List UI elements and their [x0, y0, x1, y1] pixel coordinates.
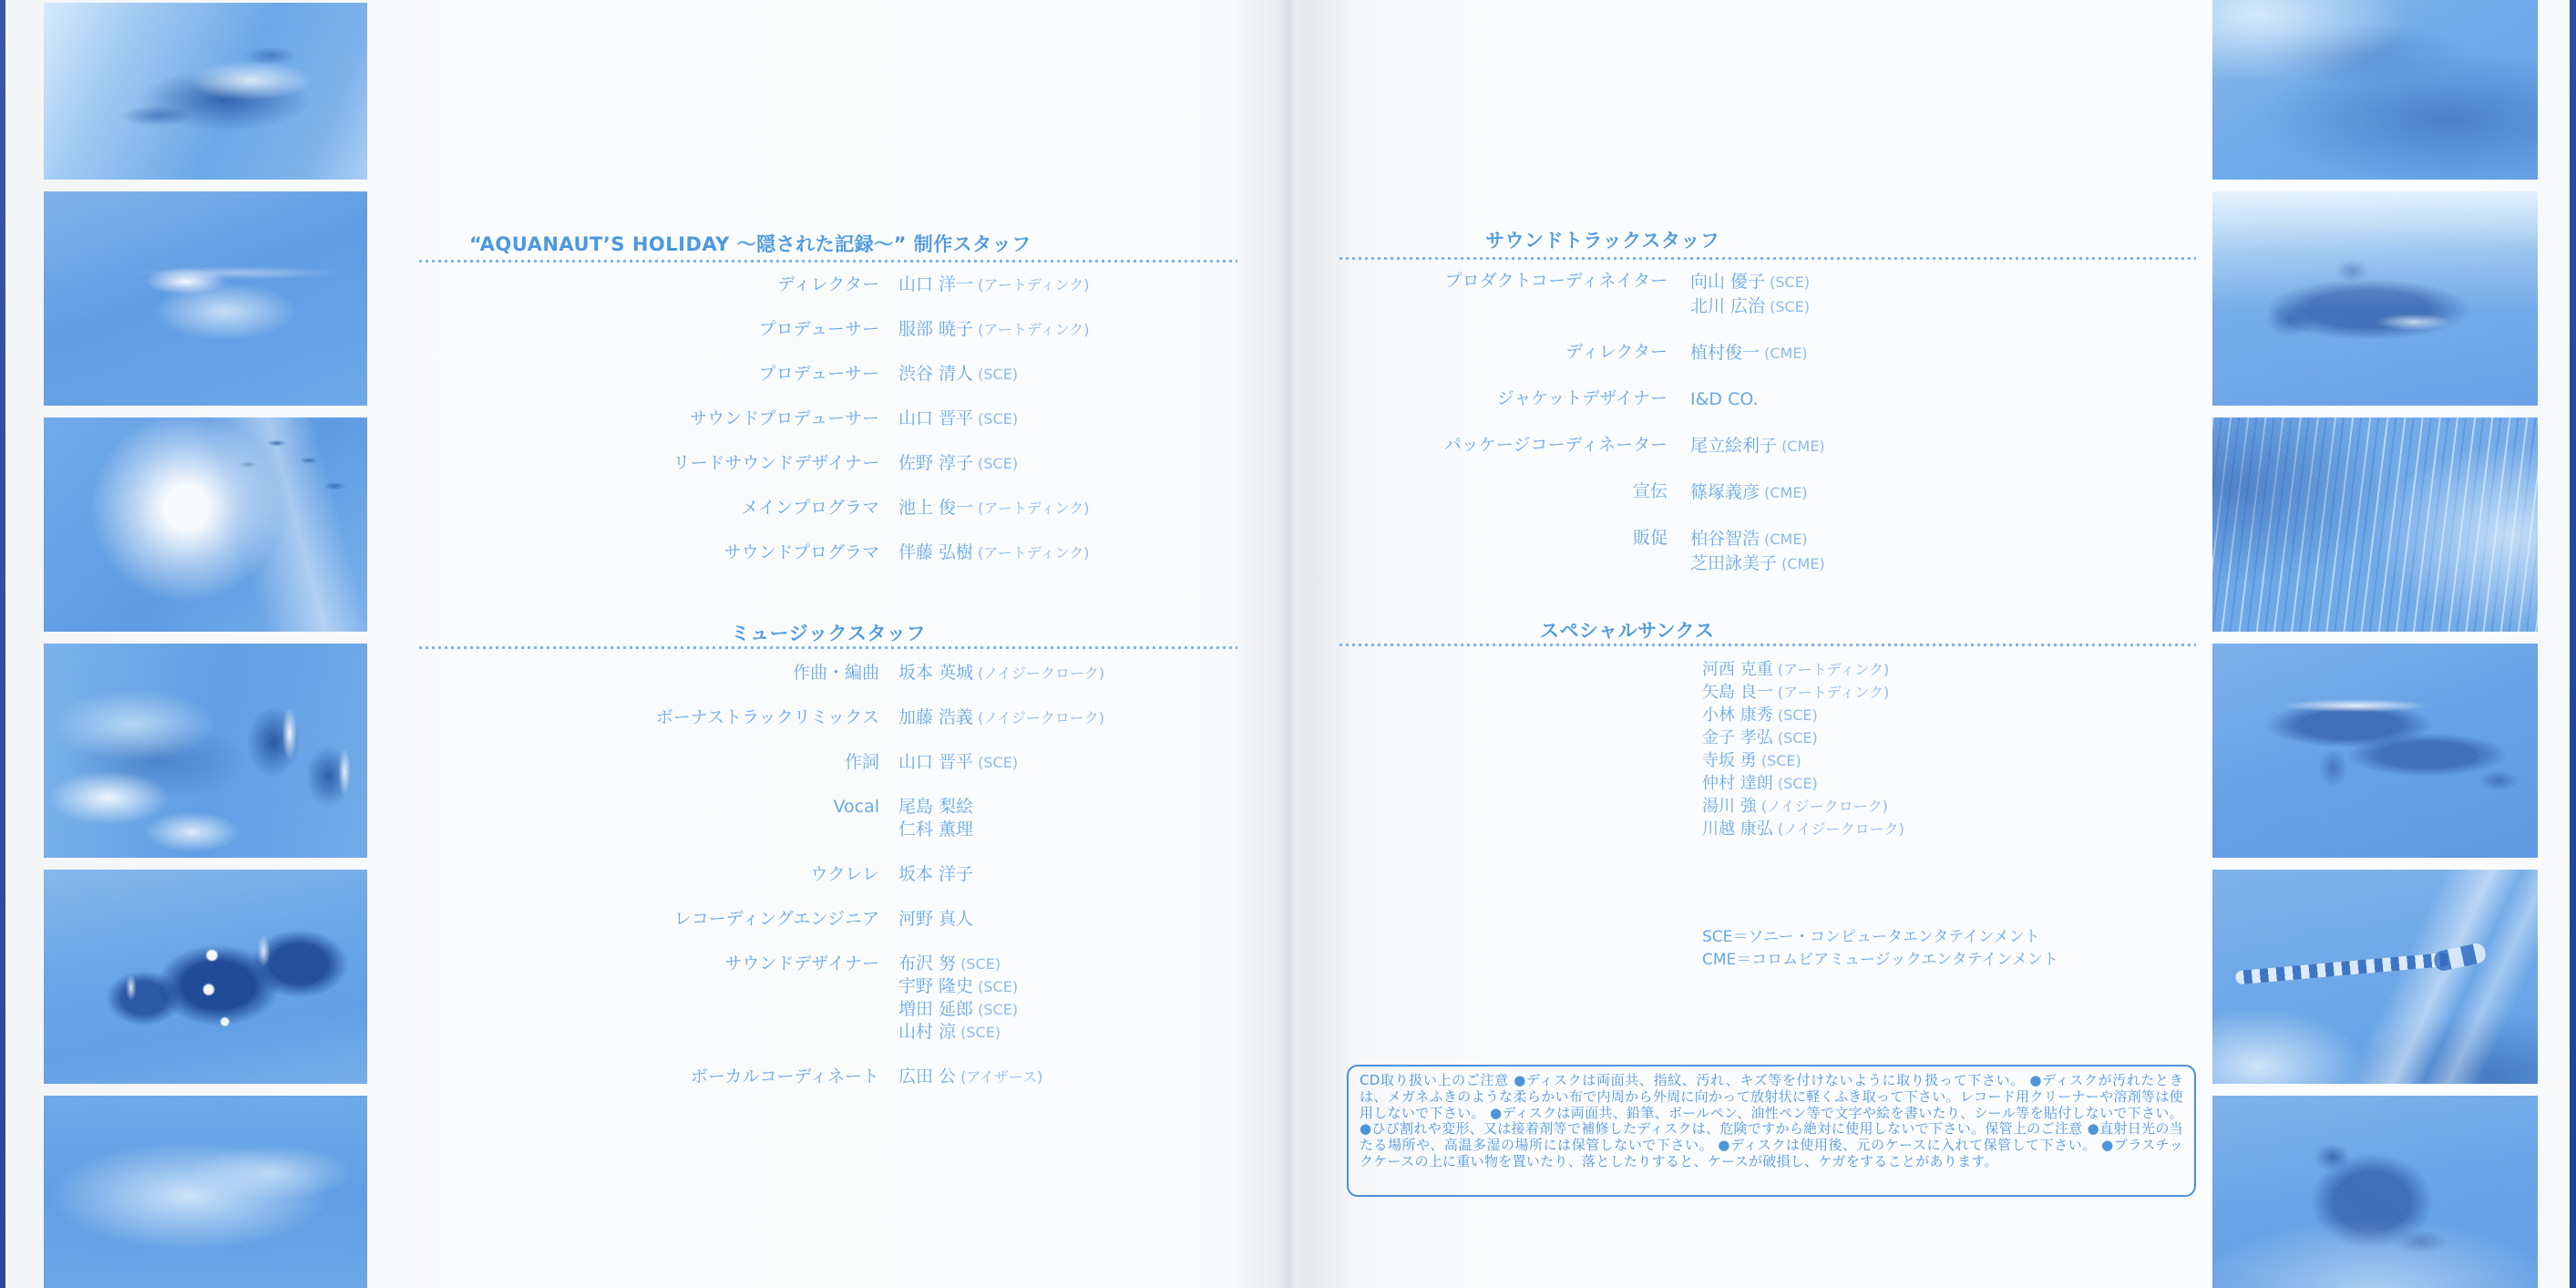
person-name: 芝田詠美子 [1690, 553, 1777, 573]
credit-role: プロデューサー [419, 318, 879, 341]
credit-names: 渋谷 清人 (SCE) [898, 363, 1018, 386]
credit-person: 尾立絵利子 (CME) [1690, 434, 1825, 459]
photo-robot-submersible [44, 870, 367, 1084]
credit-row: パッケージコーディネーター尾立絵利子 (CME) [1339, 434, 2205, 459]
production-staff-title: “AQUANAUT’S HOLIDAY 〜隠された記録〜” 制作スタッフ [469, 230, 1031, 257]
credit-person: 布沢 努 (SCE) [898, 953, 1018, 975]
credit-names: 伴藤 弘樹 (アートディンク) [898, 541, 1090, 564]
credit-person: 篠塚義彦 (CME) [1690, 480, 1808, 505]
credit-row: プロダクトコーディネイター向山 優子 (SCE)北川 広治 (SCE) [1339, 270, 2205, 319]
special-thanks-person: 金子 孝弘 (SCE) [1702, 726, 1904, 749]
person-org: (SCE) [973, 366, 1018, 383]
credit-role: ウクレレ [419, 863, 879, 886]
credit-role: サウンドデザイナー [419, 953, 879, 1044]
abbreviation-legend: SCE＝ソニー・コンピュータエンタテインメントCME＝コロムビアミュージックエン… [1702, 926, 2058, 972]
soundtrack-staff-credits: プロダクトコーディネイター向山 優子 (SCE)北川 広治 (SCE)ディレクタ… [1339, 270, 2205, 598]
credit-role: 作詞 [419, 751, 879, 774]
credit-names: 山口 晋平 (SCE) [898, 751, 1018, 774]
photo-seafloor-rocks [44, 1096, 367, 1288]
credit-person: 加藤 浩義 (ノイジークローク) [898, 706, 1104, 729]
person-name: 仁科 薫理 [898, 819, 973, 840]
credit-row: メインプログラマ池上 俊一 (アートディンク) [419, 497, 1248, 520]
credit-names: 植村俊一 (CME) [1690, 341, 1808, 366]
person-name: 向山 優子 [1690, 272, 1765, 292]
person-name: 池上 俊一 [898, 498, 973, 518]
person-org: (ノイジークローク) [1773, 820, 1904, 838]
person-name: 宇野 隆史 [898, 976, 973, 996]
sea-krait-body [2235, 953, 2450, 984]
person-org: (SCE) [1773, 706, 1818, 724]
person-name: 布沢 努 [898, 953, 956, 974]
credit-row: ボーカルコーディネート広田 公 (アイザース) [419, 1066, 1248, 1088]
person-org: (アートディンク) [973, 276, 1090, 294]
credit-names: 尾島 梨絵仁科 薫理 [898, 796, 973, 841]
credit-row: 作曲・編曲坂本 英城 (ノイジークローク) [419, 662, 1248, 685]
special-thanks-person: 川越 康弘 (ノイジークローク) [1702, 818, 1904, 840]
person-org: (SCE) [956, 1024, 1001, 1041]
person-name: 柏谷智浩 [1690, 529, 1760, 549]
person-name: 篠塚義彦 [1690, 482, 1760, 502]
person-org: (SCE) [973, 754, 1018, 771]
credit-person: 宇野 隆史 (SCE) [898, 975, 1018, 998]
person-name: I&D CO. [1690, 389, 1759, 409]
credit-role: プロダクトコーディネイター [1339, 270, 1668, 319]
credit-person: 向山 優子 (SCE) [1690, 270, 1810, 294]
person-name: 広田 公 [898, 1066, 956, 1087]
credit-role: ディレクター [1339, 341, 1668, 366]
credit-row: サウンドプロデューサー山口 晋平 (SCE) [419, 407, 1248, 430]
credit-names: 坂本 洋子 [898, 863, 973, 886]
person-name: 伴藤 弘樹 [898, 542, 973, 562]
special-thanks-person: 矢島 良一 (アートディンク) [1702, 681, 1904, 704]
special-thanks-person: 小林 康秀 (SCE) [1702, 704, 1904, 726]
credit-person: 北川 広治 (SCE) [1690, 294, 1810, 319]
person-org: (SCE) [1773, 729, 1818, 747]
credit-person: 尾島 梨絵 [898, 796, 973, 819]
person-org: (SCE) [1765, 298, 1810, 315]
photo-sea-turtle [2212, 1096, 2538, 1288]
production-staff-credits: ディレクター山口 洋一 (アートディンク)プロデューサー服部 暁子 (アートディ… [419, 273, 1248, 586]
cd-care-notice: CD取り扱い上のご注意 ●ディスクは両面共、指紋、汚れ、キズ等を付けないように取… [1347, 1065, 2196, 1197]
right-scan-edge [2570, 0, 2576, 1288]
credit-names: 布沢 努 (SCE)宇野 隆史 (SCE)増田 延郎 (SCE)山村 涼 (SC… [898, 953, 1018, 1044]
special-thanks-title: スペシャルサンクス [1540, 616, 1714, 644]
photo-moorish-idols [44, 644, 367, 858]
music-staff-credits: 作曲・編曲坂本 英城 (ノイジークローク)ボーナストラックリミックス加藤 浩義 … [419, 662, 1248, 1110]
person-name: 渋谷 清人 [898, 364, 973, 384]
credit-role: Vocal [419, 796, 879, 841]
person-org: (CME) [1777, 438, 1825, 455]
credit-person: 服部 暁子 (アートディンク) [898, 318, 1090, 341]
dotted-rule [419, 260, 1237, 263]
credit-names: 広田 公 (アイザース) [898, 1066, 1042, 1088]
person-org: (CME) [1760, 531, 1808, 548]
legend-line: CME＝コロムビアミュージックエンタテインメント [1702, 949, 2058, 972]
credit-role: ボーカルコーディネート [419, 1066, 879, 1088]
photo-sunburst-fish-school [44, 417, 367, 632]
special-thanks-person: 河西 克重 (アートディンク) [1702, 658, 1904, 681]
person-name: 植村俊一 [1690, 343, 1760, 363]
credit-person: 山口 晋平 (SCE) [898, 751, 1018, 774]
credit-row: プロデューサー服部 暁子 (アートディンク) [419, 318, 1248, 341]
credit-names: 山口 洋一 (アートディンク) [898, 273, 1090, 296]
person-org: (ノイジークローク) [973, 709, 1104, 726]
credit-role: 販促 [1339, 527, 1668, 576]
credit-row: レコーディングエンジニア河野 真人 [419, 908, 1248, 931]
credit-row: ボーナストラックリミックス加藤 浩義 (ノイジークローク) [419, 706, 1248, 729]
credit-names: 服部 暁子 (アートディンク) [898, 318, 1090, 341]
person-name: 河西 克重 [1702, 660, 1773, 679]
credit-row: ディレクター植村俊一 (CME) [1339, 341, 2205, 366]
person-name: 湯川 強 [1702, 797, 1757, 816]
credit-person: 坂本 英城 (ノイジークローク) [898, 662, 1104, 685]
credit-row: 作詞山口 晋平 (SCE) [419, 751, 1248, 774]
person-org: (CME) [1760, 484, 1808, 501]
dotted-rule [1339, 644, 2196, 646]
person-name: 矢島 良一 [1702, 683, 1773, 702]
photo-manta-ray [44, 3, 367, 180]
credit-person: 柏谷智浩 (CME) [1690, 527, 1825, 551]
photo-hull-silhouette [2212, 0, 2538, 180]
legend-line: SCE＝ソニー・コンピュータエンタテインメント [1702, 926, 2058, 949]
credit-names: 柏谷智浩 (CME)芝田詠美子 (CME) [1690, 527, 1825, 576]
photo-squid [44, 191, 367, 406]
person-name: 佐野 淳子 [898, 453, 973, 473]
person-name: 北川 広治 [1690, 296, 1765, 316]
person-org: (SCE) [973, 1001, 1018, 1018]
person-org: (ノイジークローク) [1757, 798, 1888, 815]
person-name: 河野 真人 [898, 909, 973, 929]
credit-person: 仁科 薫理 [898, 819, 973, 841]
credit-person: 池上 俊一 (アートディンク) [898, 497, 1090, 520]
person-org: (アートディンク) [973, 321, 1090, 338]
person-org: (SCE) [956, 955, 1001, 973]
credit-role: ボーナストラックリミックス [419, 706, 879, 729]
person-org: (SCE) [973, 978, 1018, 995]
music-staff-title: ミュージックスタッフ [419, 619, 1237, 646]
credit-row: ディレクター山口 洋一 (アートディンク) [419, 273, 1248, 296]
credit-row: 宣伝篠塚義彦 (CME) [1339, 480, 2205, 505]
person-name: 加藤 浩義 [898, 707, 973, 727]
credit-names: 加藤 浩義 (ノイジークローク) [898, 706, 1104, 729]
person-name: 山口 晋平 [898, 408, 973, 428]
photo-sardine-school [2212, 417, 2538, 632]
person-org: (アートディンク) [1773, 684, 1890, 701]
dotted-rule [419, 646, 1237, 649]
person-org: (SCE) [973, 410, 1018, 428]
person-org: (SCE) [1765, 273, 1810, 291]
credit-names: 篠塚義彦 (CME) [1690, 480, 1808, 505]
credit-person: 坂本 洋子 [898, 863, 973, 886]
special-thanks-person: 仲村 達朗 (SCE) [1702, 772, 1904, 795]
person-org: (アートディンク) [973, 500, 1090, 517]
credit-person: 増田 延郎 (SCE) [898, 998, 1018, 1021]
credit-row: ジャケットデザイナーI&D CO. [1339, 387, 2205, 412]
credit-names: I&D CO. [1690, 387, 1759, 412]
person-name: 山口 洋一 [898, 274, 973, 294]
person-name: 小林 康秀 [1702, 706, 1773, 725]
credit-row: プロデューサー渋谷 清人 (SCE) [419, 363, 1248, 386]
person-org: (CME) [1777, 555, 1825, 572]
credit-person: 山口 洋一 (アートディンク) [898, 273, 1090, 296]
credit-role: ディレクター [419, 273, 879, 296]
credit-person: I&D CO. [1690, 387, 1759, 412]
person-name: 山口 晋平 [898, 752, 973, 772]
left-scan-edge [0, 0, 5, 1288]
person-org: (SCE) [1773, 775, 1818, 792]
photo-whale [2212, 191, 2538, 406]
credit-role: パッケージコーディネーター [1339, 434, 1668, 459]
sea-krait-head [2432, 942, 2487, 972]
credit-names: 池上 俊一 (アートディンク) [898, 497, 1090, 520]
credit-role: リードサウンドデザイナー [419, 452, 879, 475]
credit-role: プロデューサー [419, 363, 879, 386]
credit-row: リードサウンドデザイナー佐野 淳子 (SCE) [419, 452, 1248, 475]
credit-person: 渋谷 清人 (SCE) [898, 363, 1018, 386]
person-name: 尾立絵利子 [1690, 436, 1777, 456]
special-thanks-person: 寺坂 勇 (SCE) [1702, 749, 1904, 772]
credit-names: 佐野 淳子 (SCE) [898, 452, 1018, 475]
credit-names: 尾立絵利子 (CME) [1690, 434, 1825, 459]
person-name: 尾島 梨絵 [898, 797, 973, 817]
credit-row: ウクレレ坂本 洋子 [419, 863, 1248, 886]
credit-person: 佐野 淳子 (SCE) [898, 452, 1018, 475]
credit-person: 芝田詠美子 (CME) [1690, 551, 1825, 576]
credit-row: サウンドデザイナー布沢 努 (SCE)宇野 隆史 (SCE)増田 延郎 (SCE… [419, 953, 1248, 1044]
booklet-spread: “AQUANAUT’S HOLIDAY 〜隠された記録〜” 制作スタッフ ディレ… [0, 0, 2576, 1288]
credit-role: サウンドプログラマ [419, 541, 879, 564]
credit-role: サウンドプロデューサー [419, 407, 879, 430]
credit-role: レコーディングエンジニア [419, 908, 879, 931]
person-name: 坂本 英城 [898, 663, 973, 683]
photo-sea-krait [2212, 870, 2538, 1084]
credit-person: 広田 公 (アイザース) [898, 1066, 1042, 1088]
person-name: 服部 暁子 [898, 319, 973, 339]
credit-role: 宣伝 [1339, 480, 1668, 505]
special-thanks-person: 湯川 強 (ノイジークローク) [1702, 795, 1904, 818]
photo-dolphin [2212, 644, 2538, 858]
credit-person: 河野 真人 [898, 908, 973, 931]
credit-person: 山村 涼 (SCE) [898, 1021, 1018, 1044]
person-name: 川越 康弘 [1702, 819, 1773, 839]
credit-row: サウンドプログラマ伴藤 弘樹 (アートディンク) [419, 541, 1248, 564]
credit-role: 作曲・編曲 [419, 662, 879, 685]
credit-person: 伴藤 弘樹 (アートディンク) [898, 541, 1090, 564]
credit-role: ジャケットデザイナー [1339, 387, 1668, 412]
dotted-rule [1339, 257, 2196, 260]
person-org: (アートディンク) [1773, 661, 1890, 678]
person-name: 山村 涼 [898, 1022, 956, 1042]
person-org: (ノイジークローク) [973, 665, 1104, 682]
booklet-gutter-fold [1230, 0, 1358, 1288]
person-org: (CME) [1760, 345, 1808, 362]
person-name: 金子 孝弘 [1702, 728, 1773, 747]
credit-row: 販促柏谷智浩 (CME)芝田詠美子 (CME) [1339, 527, 2205, 576]
person-org: (アイザース) [956, 1068, 1042, 1086]
credit-names: 坂本 英城 (ノイジークローク) [898, 662, 1104, 685]
person-org: (SCE) [1757, 752, 1801, 769]
person-name: 仲村 達朗 [1702, 774, 1773, 793]
person-name: 寺坂 勇 [1702, 751, 1757, 770]
person-org: (SCE) [973, 455, 1018, 472]
credit-person: 植村俊一 (CME) [1690, 341, 1808, 366]
credit-person: 山口 晋平 (SCE) [898, 407, 1018, 430]
credit-names: 山口 晋平 (SCE) [898, 407, 1018, 430]
special-thanks-list: 河西 克重 (アートディンク)矢島 良一 (アートディンク)小林 康秀 (SCE… [1702, 658, 1904, 840]
person-name: 坂本 洋子 [898, 864, 973, 884]
soundtrack-staff-title: サウンドトラックスタッフ [1485, 226, 1719, 253]
credit-role: メインプログラマ [419, 497, 879, 520]
credit-names: 向山 優子 (SCE)北川 広治 (SCE) [1690, 270, 1810, 319]
credit-row: Vocal尾島 梨絵仁科 薫理 [419, 796, 1248, 841]
person-org: (アートディンク) [973, 544, 1090, 562]
person-name: 増田 延郎 [898, 999, 973, 1019]
credit-names: 河野 真人 [898, 908, 973, 931]
